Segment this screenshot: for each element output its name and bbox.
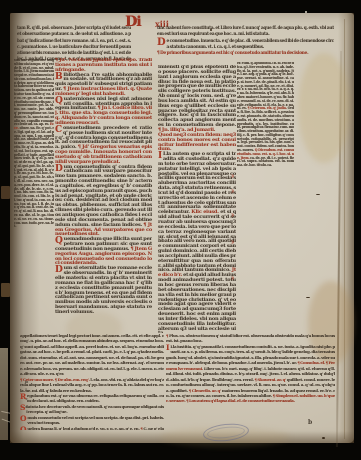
rubric-text: ¶ Clenerilo. ar. q': [189, 388, 222, 393]
body-text: uelera lingua li. q' legi a dudum q'd e.…: [27, 426, 140, 430]
right-margin-gloss-column: er. eum. q. apuddista. i fi. si. est de …: [237, 62, 294, 358]
bottom-commentary-left: appellationes tenet legal legi pectori i…: [20, 333, 164, 430]
paragraph: Omnis consuetudo vel est scripta vel non…: [20, 415, 164, 426]
body-text: obser. ua. fir. q' pot. re. ligi. qui ap…: [14, 126, 54, 228]
paragraph: ¶ De primoribus argumenta est hic q' con…: [157, 50, 334, 56]
body-text: tatuta hec decetur vnb. de vero naturali…: [26, 404, 164, 414]
red-paragraph-mark: ȝ: [231, 275, 237, 281]
ink-speck: [306, 297, 310, 298]
paragraph: tam R. q'dl. pol. obseruare. Jnter scrip…: [17, 25, 131, 60]
binding-clasp-bottom: [1, 283, 10, 297]
rubric-text: Quod neq3 contra fidem: neq3 contra bono…: [158, 132, 236, 153]
rubricated-initial: R: [20, 393, 27, 404]
top-right-commentary-block: tinc habent fore constituta. et Libro iu…: [157, 25, 334, 62]
rubric-text: ¶ Consolua. el.: [297, 360, 325, 365]
paragraph: Dum consuetudinis q' contra fidem cathol…: [55, 165, 152, 238]
body-text: tam R. q'dl. pol. obseruare. Jnter scrip…: [17, 25, 131, 60]
paragraph: Quaterniones nisi legi sint admonenti co…: [55, 97, 152, 126]
paragraph: tinc habent fore constituta. et Libro iu…: [157, 25, 334, 38]
main-text-left-column: ¶ Jd'. Nicolaus Jgnatio episcopo. Tradit…: [55, 58, 152, 335]
paragraph: ILla iustitia. q' q' psumatilz i. consue…: [166, 344, 335, 404]
paragraph: ILla autem que o scripta si tradita sit …: [158, 152, 236, 333]
ink-speck: [322, 437, 325, 439]
paragraph: Consuetudinem precedere et ratio q' poss…: [55, 126, 152, 165]
body-text: sua fide regulis nec singultim uia tam p…: [14, 59, 54, 126]
body-text: er. eum. q. apuddista. i fi. si. est de …: [237, 62, 294, 110]
red-paragraph-mark: ȝ: [231, 212, 237, 218]
red-paragraph-mark: ȝ: [231, 173, 237, 179]
body-text: um consuetudinis q' contra fidem catholi…: [55, 164, 152, 228]
body-text: Plus. ca. obstructionem q' statuil idior…: [166, 333, 335, 343]
red-paragraph-mark: ȝ: [231, 239, 237, 245]
paragraph: De consuetudine. inuencta. e q' de plac.…: [157, 38, 334, 51]
paragraph: Regulandum est. q' ne vna obscena re. re…: [20, 393, 164, 404]
manuscript-page: Di xiii tam R. q'dl. pol. obseruare. Jnt…: [10, 13, 354, 443]
rubric-text: ¶ Lou autem q'd lapsa dial. el. de consu…: [186, 398, 295, 403]
rubric-text: ¶ De primoribus argumenta est hic q' con…: [157, 50, 308, 55]
rubric-text: ¶ Ceter uno more. ¶ De ulm. em. req'.: [20, 377, 90, 382]
book-photograph: Di xiii tam R. q'dl. pol. obseruare. Jnt…: [0, 0, 361, 460]
paragraph: imiensti q'd phus eipotenti deo posse pl…: [158, 65, 236, 133]
body-text: tinc habent fore constituta. et Libro iu…: [157, 25, 334, 36]
bottom-commentary-right: ¶ Plus. ca. obstructionem q' statuil idi…: [166, 333, 335, 425]
paragraph: ¶ Ceter uno more. ¶ De ulm. em. req'. l.…: [20, 377, 164, 393]
main-text-right-column: imiensti q'd phus eipotenti deo posse pl…: [158, 65, 236, 333]
paragraph: ¶ Plus. ca. obstructionem q' statuil idi…: [166, 333, 335, 344]
paragraph: Statuta hec decetur vnb. de vero natural…: [20, 404, 164, 415]
left-margin-gloss-column: sua fide regulis nec singultim uia tam p…: [14, 59, 54, 367]
binding-clasp-top: [1, 186, 10, 199]
body-text: appellationes tenet legal legi pectori i…: [20, 333, 164, 376]
paragraph: Bibliotheca i're satis abhominabilem sod…: [55, 73, 152, 97]
body-text: et si quid aliud tale occurrerit q'd ser…: [158, 209, 236, 273]
top-left-commentary-block: tam R. q'dl. pol. obseruare. Jnter scrip…: [17, 25, 131, 60]
paragraph: Quemadmodum que illicita sunt perpetrare…: [55, 237, 152, 266]
page-edge-sliver: [0, 348, 8, 440]
body-text: Lla autem que o scripta si tradita sit c…: [158, 151, 236, 215]
parchment-stain: [298, 53, 350, 163]
paragraph: Quod neq3 contra fidem: neq3 contra bono…: [158, 133, 236, 152]
paragraph: appellationes tenet legal legi pectori i…: [20, 333, 164, 377]
red-paragraph-mark: ȝ: [231, 188, 237, 194]
body-text: imiensti q'd phus eipotenti deo posse pl…: [158, 65, 236, 128]
paragraph: Dum si eternitatis tue romane ecclesie o…: [55, 266, 152, 314]
body-text: e consuetudine. inuencta. e q' de plac. …: [166, 38, 334, 49]
body-text: egulandum est. q' ne vna obscena re. rel…: [27, 393, 164, 403]
rubric-text: ¶ Skouerai. ar. q': [254, 377, 286, 382]
paragraph: Quelera lingua li. q' legi a dudum q'd e…: [20, 426, 164, 430]
ink-speck: [316, 194, 320, 195]
body-text: et si quid aliud huiusmodi animaduerti p…: [158, 272, 236, 333]
paragraph: er. eum. q. apuddista. i fi. si. est de …: [237, 62, 294, 168]
quire-signature: b: [308, 419, 312, 426]
body-text: mnis consuetudo vel est scripta vel non …: [27, 415, 164, 425]
body-text: Ordo. fi. lire. la. fida. scilicet. a. p…: [237, 106, 294, 152]
paragraph: sua fide regulis nec singultim uia tam p…: [14, 59, 54, 229]
paragraph: ¶ Jd'. Nicolaus Jgnatio episcopo. Tradit…: [55, 58, 152, 73]
body-text: um si eternitatis tue romane ecclesie ob…: [55, 265, 152, 315]
